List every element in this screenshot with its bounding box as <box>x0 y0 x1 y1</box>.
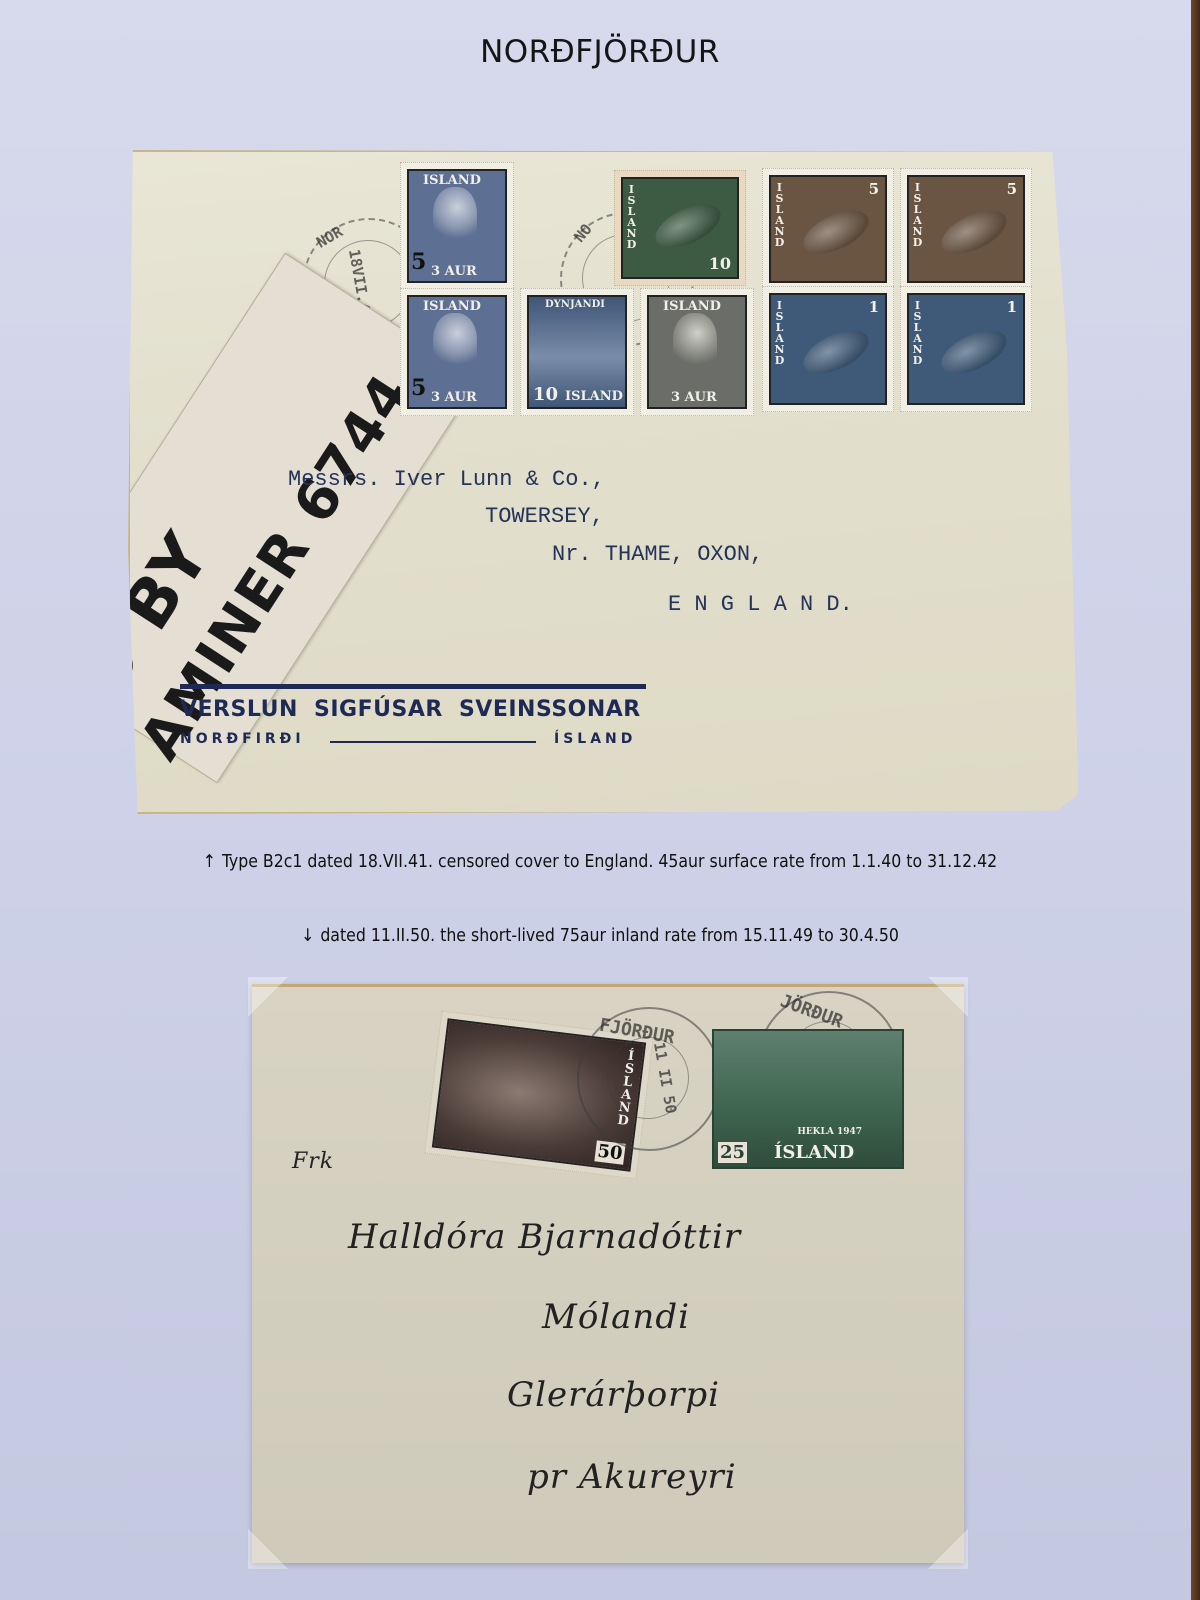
recipient-name: Halldóra Bjarnadóttir <box>348 1217 741 1257</box>
cod-image <box>797 322 875 382</box>
recipient-village: Glerárþorpi <box>507 1375 720 1415</box>
letterhead-town: NORÐFIRÐI <box>180 731 305 747</box>
mount-corner-top-right <box>928 977 968 1017</box>
recipient-town: pr Akureyri <box>527 1457 737 1497</box>
letterhead-dash <box>330 741 536 743</box>
page-title: NORÐFJÖRÐUR <box>0 34 1200 70</box>
caption-lower: ↓dated 11.II.50. the short-lived 75aur i… <box>0 926 1200 946</box>
stamp-portrait-3aur-surcharge-5: ISLAND 3 AUR 5 <box>400 162 514 290</box>
letterhead-country: ÍSLAND <box>554 731 636 747</box>
address-line-3: Nr. THAME, OXON, <box>552 542 763 567</box>
stamp-hekla-25aur: HEKLA 1947 25 ÍSLAND <box>712 1029 904 1169</box>
address-line-2: TOWERSEY, <box>485 504 604 529</box>
portrait-image <box>433 313 477 371</box>
stamp-cod-5aur: ISLAND 5 <box>762 168 894 290</box>
stamp-herring-10aur: ISLAND 10 <box>614 170 746 286</box>
herring-image <box>649 196 727 256</box>
stamp-cod-5aur: ISLAND 5 <box>900 168 1032 290</box>
mount-corner-bottom-left <box>248 1529 288 1569</box>
stamp-cod-1eyr: ISLAND 1 <box>762 286 894 412</box>
stamp-dynjandi-waterfall-10aur: DYNJANDI 10 ISLAND <box>520 288 634 416</box>
arrow-up-icon: ↑ <box>203 852 216 872</box>
letterhead-rule <box>180 684 646 689</box>
page-binder-edge <box>1191 0 1200 1600</box>
cod-image <box>797 202 875 262</box>
arrow-down-icon: ↓ <box>301 926 314 946</box>
portrait-image <box>433 187 477 245</box>
stamp-portrait-3aur-surcharge-5: ISLAND 3 AUR 5 <box>400 288 514 416</box>
inland-cover-1950: ÍSLAND 50 11 II 50 FJÖRÐUR JÖRÐUR HEKLA … <box>252 984 964 1563</box>
address-line-4: E N G L A N D. <box>668 592 853 617</box>
letterhead-name: VERSLUN SIGFÚSAR SVEINSSONAR <box>180 697 641 722</box>
stamp-cod-1eyr: ISLAND 1 <box>900 286 1032 412</box>
censored-cover-1941: 18VII.41 NOR NO D BY AMINER 6744 ISLAND … <box>128 150 1086 814</box>
stamp-portrait-3aur: ISLAND 3 AUR <box>640 288 754 416</box>
cod-image <box>935 202 1013 262</box>
mount-corner-top-left <box>248 977 288 1017</box>
postmark-1950-left: 11 II 50 FJÖRÐUR <box>577 1007 721 1151</box>
recipient-farm: Mólandi <box>542 1297 690 1337</box>
cod-image <box>935 322 1013 382</box>
sender-prefix: Frk <box>292 1149 334 1174</box>
caption-upper: ↑Type B2c1 dated 18.VII.41. censored cov… <box>0 852 1200 872</box>
portrait-image <box>673 313 717 371</box>
address-line-1: Messrs. Iver Lunn & Co., <box>288 467 605 492</box>
mount-corner-bottom-right <box>928 1529 968 1569</box>
